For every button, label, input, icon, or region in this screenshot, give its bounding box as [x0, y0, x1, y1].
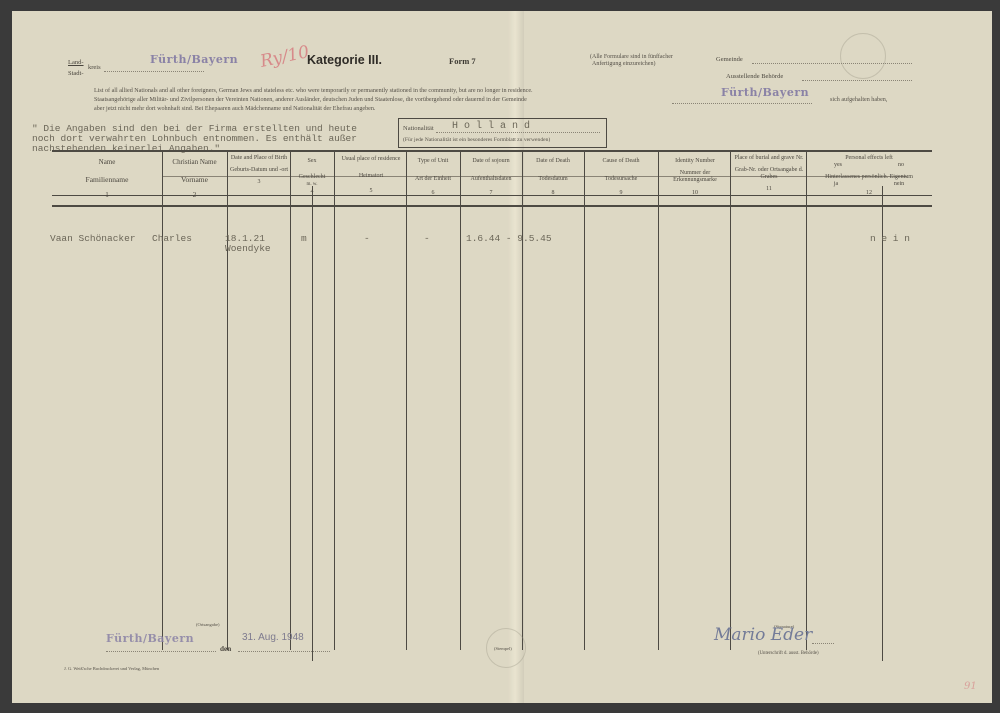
col-3-num: 3	[230, 179, 288, 186]
instruction-line-2: Staatsangehörige aller Militär- und Zivi…	[94, 97, 527, 103]
red-annotation: Ry/10	[258, 42, 311, 72]
col-12-de: Hinterlassenes persönlich. Eigentum	[806, 174, 932, 181]
faint-seal-top	[840, 33, 886, 79]
col-12-nein: nein	[894, 181, 904, 188]
col-divider-5	[406, 150, 407, 650]
stadt-label: Stadt-	[68, 70, 84, 77]
printer-credit: J. G. Weiß'sche Buchdruckerei und Verlag…	[64, 666, 159, 671]
col-6-en: Type of Unit	[406, 158, 460, 165]
col-12-yes-no: yes no	[806, 162, 932, 169]
col-6-num: 6	[406, 190, 460, 197]
col-6-de: Art der Einheit	[406, 176, 460, 183]
instruction-line-3: aber jetzt nicht mehr dort wohnhaft sind…	[94, 106, 375, 112]
col-12-no: no	[898, 162, 904, 169]
signature-caption: (Unterschrift d. ausst. Behörde)	[758, 651, 819, 656]
col-header-9: Cause of Death Todesursache 9	[584, 158, 658, 197]
signature: Mario Eder	[714, 625, 812, 645]
city-stamp-instructions: Fürth/Bayern	[721, 86, 809, 99]
col-8-en: Date of Death	[522, 158, 584, 165]
corner-mark: 91	[964, 681, 977, 692]
den-label: den	[220, 645, 231, 653]
col-1-de: Familienname	[52, 176, 162, 184]
col-7-de: Aufenthaltsdaten	[460, 176, 522, 183]
col-divider-9	[658, 150, 659, 650]
table-top-border	[52, 150, 932, 152]
instruction-line-2-end: sich aufgehalten haben,	[830, 97, 887, 103]
col-9-en: Cause of Death	[584, 158, 658, 165]
city-stamp-header: Fürth/Bayern	[150, 53, 238, 66]
place-stamp: Fürth/Bayern	[106, 632, 194, 645]
kreis-dotline	[104, 71, 204, 72]
col-header-5: Usual place of residence Heimatort 5	[338, 156, 404, 195]
document-page: Land- kreis Stadt- Fürth/Bayern Ry/10 Ka…	[12, 11, 992, 703]
land-label: Land-	[68, 59, 84, 66]
col-header-4: Sex Geschlecht m. w. 4	[290, 158, 334, 196]
col-header-8: Date of Death Todesdatum 8	[522, 158, 584, 197]
table-header-bottom	[52, 205, 932, 207]
col-divider-8	[584, 150, 585, 650]
date-dotline	[238, 651, 330, 652]
col-header-11: Place of burial and grave Nr. Grab-Nr. o…	[732, 155, 806, 193]
signature-dotline	[812, 643, 834, 644]
col-9-de: Todesursache	[584, 176, 658, 183]
col-8-de: Todesdatum	[522, 176, 584, 183]
col-5-en: Usual place of residence	[338, 156, 404, 163]
col-divider-12	[882, 186, 883, 661]
col-7-en: Date of sojourn	[460, 158, 522, 165]
instruction-dotline	[672, 103, 812, 104]
col-1-en: Name	[52, 158, 162, 166]
cell-name: Vaan Schönacker	[50, 233, 136, 244]
col-header-10: Identity Number Nummer der Erkennungsmar…	[662, 158, 728, 197]
col-header-1: Name Familienname 1	[52, 158, 162, 199]
col-2-de: Vorname	[162, 176, 227, 184]
ausstellende-dotline	[802, 80, 912, 81]
col-2-en: Christian Name	[162, 158, 227, 166]
col-divider-7	[522, 150, 523, 650]
col-3-en: Date and Place of Birth	[230, 155, 288, 162]
col-8-num: 8	[522, 190, 584, 197]
col-divider-11	[806, 150, 807, 650]
form-number: Form 7	[449, 56, 476, 66]
col-11-num: 11	[732, 186, 806, 193]
col-10-de: Nummer der Erkennungsmarke	[662, 170, 728, 184]
cell-effects: n e i n	[870, 233, 910, 244]
col-11-en: Place of burial and grave Nr.	[732, 155, 806, 162]
col-7-num: 7	[460, 190, 522, 197]
col-10-num: 10	[662, 190, 728, 197]
nationality-label: Nationalität	[403, 125, 434, 132]
col-12-num: 12	[806, 190, 932, 197]
col-header-7: Date of sojourn Aufenthaltsdaten 7	[460, 158, 522, 197]
col-2-num: 2	[162, 191, 227, 199]
category-title: Kategorie III.	[307, 53, 382, 67]
col-divider-6	[460, 150, 461, 650]
cell-birth-place: Woendyke	[225, 243, 271, 254]
col-5-de: Heimatort	[338, 173, 404, 180]
col-divider-10	[730, 150, 731, 650]
gemeinde-label: Gemeinde	[716, 56, 743, 63]
col-divider-4a	[312, 186, 313, 661]
gemeinde-dotline	[752, 63, 912, 64]
cell-residence: -	[364, 233, 370, 244]
col-4-num: 4	[290, 189, 334, 196]
col-header-6: Type of Unit Art der Einheit 6	[406, 158, 460, 197]
col-5-num: 5	[338, 188, 404, 195]
typed-note-line-3: nachstehenden keinerlei Angaben."	[32, 143, 220, 154]
col-divider-3	[290, 150, 291, 650]
place-label: (Ortsangabe)	[196, 622, 220, 627]
col-header-3: Date and Place of Birth Geburts-Datum un…	[230, 155, 288, 186]
col-4-de: Geschlecht	[290, 174, 334, 181]
place-dotline	[106, 651, 216, 652]
col-9-num: 9	[584, 190, 658, 197]
col-header-2: Christian Name Vorname 2	[162, 158, 227, 199]
ausstellende-label: Ausstellende Behörde	[726, 73, 783, 80]
cell-unit: -	[424, 233, 430, 244]
col-10-en: Identity Number	[662, 158, 728, 165]
col-12-ja-nein: ja nein	[806, 181, 932, 188]
nationality-value: H o l l a n d	[452, 121, 530, 132]
col-12-en: Personal effects left	[806, 155, 932, 162]
col-4-sub: m. w.	[290, 181, 334, 188]
col-3-de: Geburts-Datum und -ort	[230, 167, 288, 174]
cell-christian-name: Charles	[152, 233, 192, 244]
form-note-1: (Alle Formulare sind in fünffacher	[590, 54, 673, 60]
kreis-label: kreis	[88, 64, 101, 71]
col-4-en: Sex	[290, 158, 334, 165]
form-note-2: Anfertigung einzureichen)	[592, 61, 655, 67]
col-12-ja: ja	[834, 181, 838, 188]
col-divider-4	[334, 150, 335, 650]
col-divider-2	[227, 150, 228, 650]
col-header-12: Personal effects left yes no Hinterlasse…	[806, 155, 932, 197]
col-divider-1	[162, 150, 163, 650]
nationality-dotline	[436, 132, 600, 133]
col-12-yes: yes	[834, 162, 842, 169]
cell-sojourn: 1.6.44 - 9.5.45	[466, 233, 552, 244]
col-1-num: 1	[52, 191, 162, 199]
date-stamp: 31. Aug. 1948	[242, 632, 304, 643]
nationality-note: (Für jede Nationalität ist ein besondere…	[403, 137, 550, 143]
instruction-line-1: List of all allied Nationals and all oth…	[94, 88, 533, 94]
seal-label: (Stempel)	[494, 646, 512, 651]
cell-sex: m	[301, 233, 307, 244]
col-11-de: Grab-Nr. oder Ortsangabe d. Grabes	[732, 167, 806, 181]
